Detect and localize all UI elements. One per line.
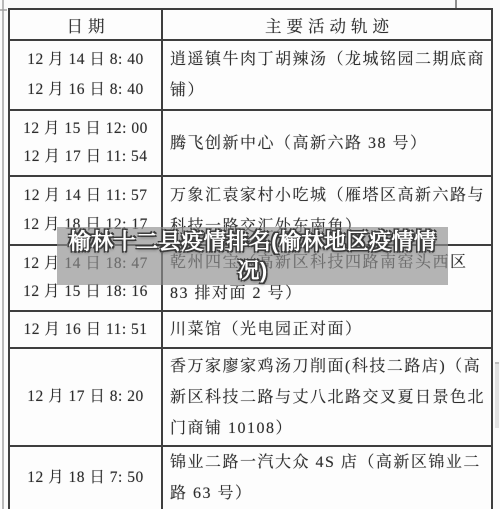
overlay-title-banner: 榆林十二县疫情排名(榆林地区疫情情 况) bbox=[57, 227, 448, 285]
track-text: 逍遥镇牛肉丁胡辣汤（龙城铭园二期底商铺） bbox=[170, 44, 489, 106]
track-text: 川菜馆（光电园正对面） bbox=[170, 314, 363, 345]
track-cell: 腾飞创新中心（高新六路 38 号） bbox=[163, 111, 491, 175]
track-cell: 川菜馆（光电园正对面） bbox=[163, 312, 491, 347]
track-cell: 锦业二路一汽大众 4S 店（高新区锦业二路 63 号） bbox=[163, 447, 491, 509]
left-edge-tick bbox=[0, 9, 7, 11]
track-cell: 逍遥镇牛肉丁胡辣汤（龙城铭园二期底商铺） bbox=[163, 41, 491, 109]
track-cell: 香万家廖家鸡汤刀削面(科技二路店)（高新区科技二路与丈八北路交叉夏日景色北门商铺… bbox=[163, 349, 491, 445]
track-text: 腾飞创新中心（高新六路 38 号） bbox=[170, 128, 428, 159]
track-text: 锦业二路一汽大众 4S 店（高新区锦业二路 63 号） bbox=[170, 447, 489, 509]
date-text: 12 月 15 日 18: 16 bbox=[23, 282, 148, 302]
table-row: 12 月 16 日 11: 51川菜馆（光电园正对面） bbox=[10, 310, 491, 347]
date-text: 12 月 17 日 8: 20 bbox=[27, 387, 143, 407]
table-row: 12 月 17 日 8: 20香万家廖家鸡汤刀削面(科技二路店)（高新区科技二路… bbox=[10, 347, 491, 445]
date-text: 12 月 16 日 8: 40 bbox=[27, 80, 143, 100]
overlay-title-line-2: 况) bbox=[237, 256, 267, 285]
page-edge-line bbox=[2, 0, 4, 509]
date-cell: 12 月 15 日 12: 0012 月 17 日 11: 54 bbox=[10, 111, 163, 175]
table-row: 12 月 14 日 8: 4012 月 16 日 8: 40逍遥镇牛肉丁胡辣汤（… bbox=[10, 39, 491, 109]
table-header-row: 日期 主要活动轨迹 bbox=[10, 10, 491, 39]
table-row: 12 月 15 日 12: 0012 月 17 日 11: 54腾飞创新中心（高… bbox=[10, 109, 491, 175]
page: 日期 主要活动轨迹 12 月 14 日 8: 4012 月 16 日 8: 40… bbox=[0, 0, 500, 509]
date-cell: 12 月 16 日 11: 51 bbox=[10, 312, 163, 347]
header-track-cell: 主要活动轨迹 bbox=[163, 10, 491, 39]
date-text: 12 月 17 日 11: 54 bbox=[23, 147, 147, 167]
overlay-title-line-1: 榆林十二县疫情排名(榆林地区疫情情 bbox=[69, 227, 437, 256]
header-date-label: 日期 bbox=[62, 13, 110, 37]
scrollbar-fragment[interactable] bbox=[495, 362, 499, 428]
track-text: 香万家廖家鸡汤刀削面(科技二路店)（高新区科技二路与丈八北路交叉夏日景色北门商铺… bbox=[170, 351, 489, 444]
table-row: 12 月 18 日 7: 50锦业二路一汽大众 4S 店（高新区锦业二路 63 … bbox=[10, 445, 491, 509]
header-track-label: 主要活动轨迹 bbox=[260, 13, 394, 37]
date-cell: 12 月 14 日 8: 4012 月 16 日 8: 40 bbox=[10, 41, 163, 109]
date-text: 12 月 14 日 11: 57 bbox=[23, 186, 147, 206]
date-cell: 12 月 17 日 8: 20 bbox=[10, 349, 163, 445]
date-text: 12 月 18 日 7: 50 bbox=[27, 468, 143, 488]
date-text: 12 月 14 日 8: 40 bbox=[27, 50, 143, 70]
date-cell: 12 月 18 日 7: 50 bbox=[10, 447, 163, 509]
header-date-cell: 日期 bbox=[10, 10, 163, 39]
date-text: 12 月 15 日 12: 00 bbox=[23, 119, 148, 139]
date-text: 12 月 16 日 11: 51 bbox=[23, 320, 147, 340]
